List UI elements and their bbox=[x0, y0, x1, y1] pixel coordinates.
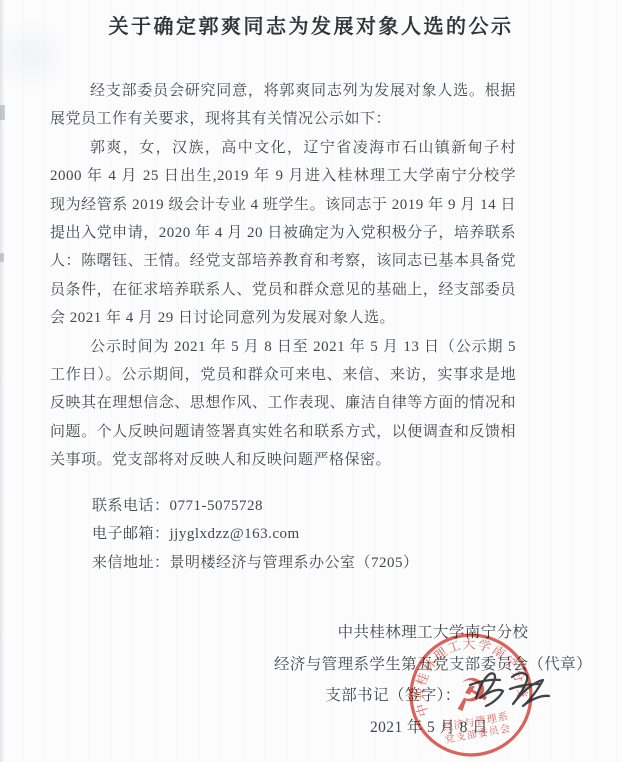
body-text-line: 问题。个人反映问题请签署真实姓名和联系方式，以便调查和反馈相 bbox=[50, 418, 516, 446]
body-text-line: 人：陈曙钰、王情。经党支部培养教育和考察，该同志已基本具备党 bbox=[50, 247, 516, 275]
handwritten-signature bbox=[460, 665, 556, 715]
scanned-document-page: 关于确定郭爽同志为发展对象人选的公示 经支部委员会研究同意，将郭爽同志列为发展对… bbox=[0, 0, 622, 762]
body-text-line: 展党员工作有关要求，现将其有关情况公示如下： bbox=[50, 105, 516, 133]
contact-info: 联系电话：0771-5075728 电子邮箱：jjyglxdzz@163.com… bbox=[50, 492, 516, 577]
issuing-org-line1: 中共桂林理工大学南宁分校 bbox=[262, 617, 604, 649]
body-text-line: 反映其在理想信念、思想作风、工作表现、廉洁自律等方面的情况和 bbox=[50, 389, 516, 417]
scan-artifact bbox=[0, 105, 5, 120]
body-text-line: 2000 年 4 月 25 日出生,2019 年 9 月进入桂林理工大学南宁分校… bbox=[50, 162, 516, 190]
body-text-line: 公示时间为 2021 年 5 月 8 日至 2021 年 5 月 13 日（公示… bbox=[50, 333, 516, 361]
body-text-line: 会 2021 年 4 月 29 日讨论同意列为发展对象人选。 bbox=[50, 304, 516, 332]
body-text-line: 关事项。党支部将对反映人和反映问题严格保密。 bbox=[50, 446, 516, 474]
contact-address: 来信地址：景明楼经济与管理系办公室（7205） bbox=[50, 549, 516, 577]
contact-phone: 联系电话：0771-5075728 bbox=[50, 492, 516, 520]
body-text-line: 员条件，在征求培养联系人、党员和群众意见的基础上，经支部委员 bbox=[50, 276, 516, 304]
body-text-line: 工作日）。公示期间，党员和群众可来电、来信、来访，实事求是地 bbox=[50, 361, 516, 389]
body-text-line: 提出入党申请，2020 年 4 月 20 日被确定为入党积极分子，培养联系 bbox=[50, 219, 516, 247]
scan-artifact bbox=[0, 253, 4, 262]
document-title: 关于确定郭爽同志为发展对象人选的公示 bbox=[0, 12, 622, 42]
body-text-line: 郭爽，女，汉族，高中文化，辽宁省凌海市石山镇新甸子村人， bbox=[50, 134, 516, 162]
contact-email: 电子邮箱：jjyglxdzz@163.com bbox=[50, 520, 516, 548]
body-text-line: 经支部委员会研究同意，将郭爽同志列为发展对象人选。根据发 bbox=[50, 77, 516, 105]
document-date: 2021 年 5 月 8 日 bbox=[262, 712, 604, 744]
body-text-line: 现为经管系 2019 级会计专业 4 班学生。该同志于 2019 年 9 月 1… bbox=[50, 191, 516, 219]
document-body: 经支部委员会研究同意，将郭爽同志列为发展对象人选。根据发展党员工作有关要求，现将… bbox=[50, 77, 516, 474]
